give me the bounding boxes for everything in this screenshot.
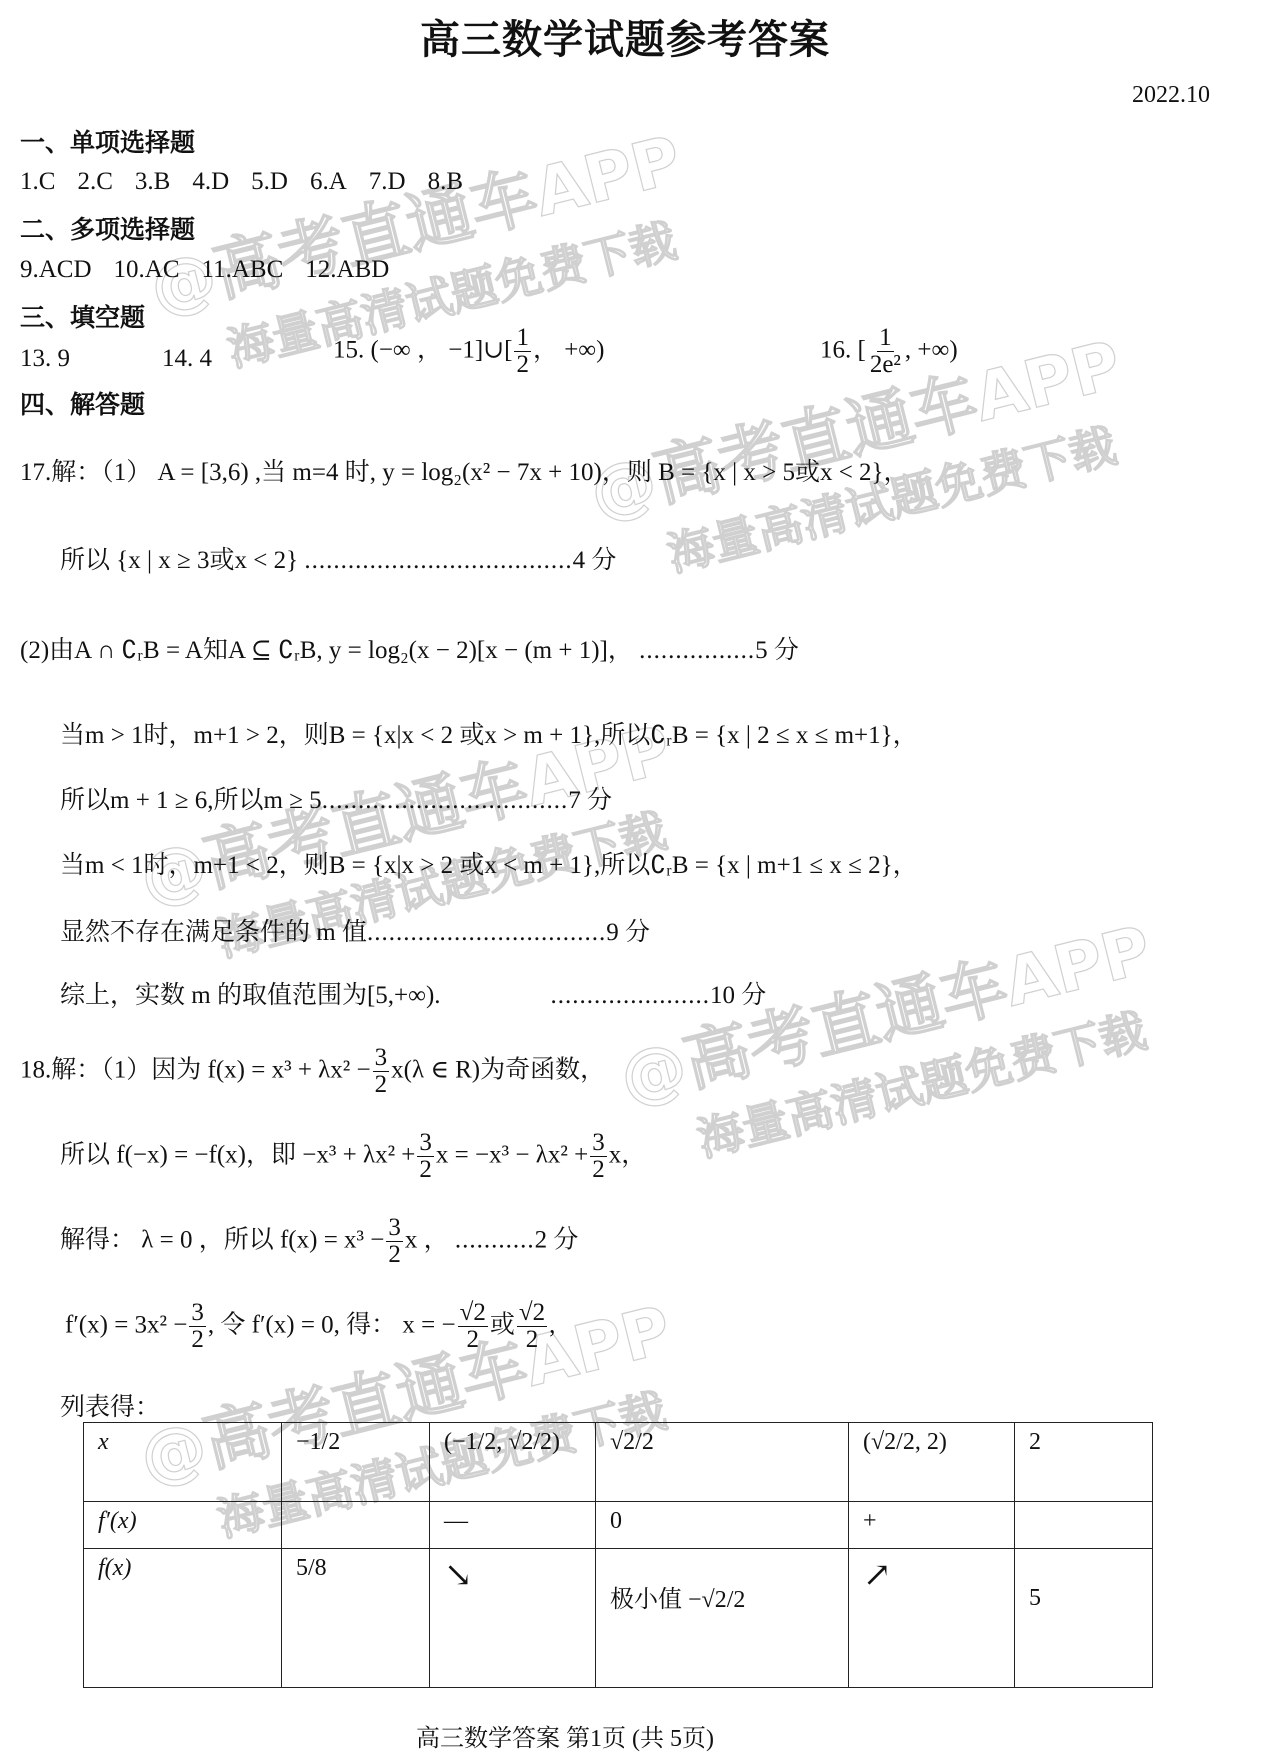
q17-line-3: (2)由A ∩ ∁ᵣB = A知A ⊆ ∁ᵣB, y = log₂(x − 2)… [20, 630, 799, 666]
table-row: x −1/2 (−1/2, √2/2) √2/2 (√2/2, 2) 2 [84, 1423, 1153, 1502]
table-row: f(x) 5/8 ↘ 极小值 −√2/2 ↗ 5 [84, 1549, 1153, 1688]
q18-line-3: 解得： λ = 0 ，所以 f(x) = x³ −32x ， .........… [60, 1215, 578, 1269]
table-cell: — [430, 1502, 596, 1549]
answer-10: 10.AC [114, 256, 180, 283]
multi-choice-answers: 9.ACD10.AC11.ABC12.ABD [20, 256, 411, 284]
q18-line-5: 列表得： [60, 1387, 160, 1423]
section-heading-multi-choice: 二、多项选择题 [20, 210, 195, 246]
watermark: @高考直通车APP海量高清试题免费下载 [609, 897, 1176, 1185]
answer-3: 3.B [135, 168, 170, 195]
answer-14: 14. 4 [162, 345, 212, 373]
section-heading-solutions: 四、解答题 [20, 385, 145, 421]
table-cell: + [849, 1502, 1015, 1549]
table-cell: −1/2 [282, 1423, 430, 1502]
answer-1: 1.C [20, 168, 55, 195]
page-title: 高三数学试题参考答案 [0, 8, 1250, 65]
answer-2: 2.C [77, 168, 112, 195]
section-heading-single-choice: 一、单项选择题 [20, 123, 195, 159]
table-row: f′(x) — 0 + [84, 1502, 1153, 1549]
table-cell: √2/2 [596, 1423, 849, 1502]
table-cell: 5/8 [282, 1549, 430, 1688]
table-cell [1015, 1502, 1153, 1549]
increasing-arrow-icon: ↗ [849, 1549, 1015, 1688]
single-choice-answers: 1.C2.C3.B4.D5.D6.A7.D8.B [20, 168, 485, 196]
q17-line-1: 17.解：（1） A = [3,6) ,当 m=4 时, y = log₂(x²… [20, 452, 909, 488]
q18-line-2: 所以 f(−x) = −f(x)，即 −x³ + λx² +32x = −x³ … [60, 1130, 646, 1184]
row-label: f′(x) [84, 1502, 282, 1549]
q18-line-1: 18.解：（1）因为 f(x) = x³ + λx² −32x(λ ∈ R)为奇… [20, 1045, 605, 1099]
table-cell: (√2/2, 2) [849, 1423, 1015, 1502]
variation-table: x −1/2 (−1/2, √2/2) √2/2 (√2/2, 2) 2 f′(… [83, 1422, 1153, 1688]
table-cell: 0 [596, 1502, 849, 1549]
row-label: x [84, 1423, 282, 1502]
answer-9: 9.ACD [20, 256, 92, 283]
answer-4: 4.D [192, 168, 229, 195]
answer-16: 16. [12e², +∞) [820, 325, 958, 379]
answer-5: 5.D [251, 168, 288, 195]
q17-line-5: 所以m + 1 ≥ 6,所以m ≥ 5.....................… [60, 780, 612, 816]
q17-line-8: 综上，实数 m 的取值范围为[5,+∞)....................… [60, 975, 766, 1011]
decreasing-arrow-icon: ↘ [430, 1549, 596, 1688]
section-heading-fill-blank: 三、填空题 [20, 298, 145, 334]
table-cell: 5 [1015, 1549, 1153, 1688]
answer-11: 11.ABC [202, 256, 284, 283]
table-cell: 极小值 −√2/2 [596, 1549, 849, 1688]
q17-line-7: 显然不存在满足条件的 m 值..........................… [60, 912, 650, 948]
q18-line-4: f′(x) = 3x² −32, 令 f′(x) = 0, 得： x = −√2… [65, 1300, 555, 1354]
exam-date: 2022.10 [1132, 82, 1210, 109]
q17-line-4: 当m > 1时，m+1 > 2，则B = {x|x < 2 或x > m + 1… [60, 715, 918, 751]
answer-7: 7.D [369, 168, 406, 195]
q17-line-6: 当m < 1时，m+1 < 2，则B = {x|x > 2 或x < m + 1… [60, 845, 918, 881]
q17-line-2: 所以 {x | x ≥ 3或x < 2} ...................… [60, 540, 616, 576]
answer-8: 8.B [428, 168, 463, 195]
row-label: f(x) [84, 1549, 282, 1688]
answer-13: 13. 9 [20, 345, 70, 373]
answer-15: 15. (−∞ ， −1]∪[12， +∞) [333, 325, 604, 379]
answer-6: 6.A [310, 168, 347, 195]
table-cell [282, 1502, 430, 1549]
answer-12: 12.ABD [305, 256, 389, 283]
page-footer: 高三数学答案 第1页 (共 5页) [0, 1718, 1130, 1753]
table-cell: 2 [1015, 1423, 1153, 1502]
table-cell: (−1/2, √2/2) [430, 1423, 596, 1502]
